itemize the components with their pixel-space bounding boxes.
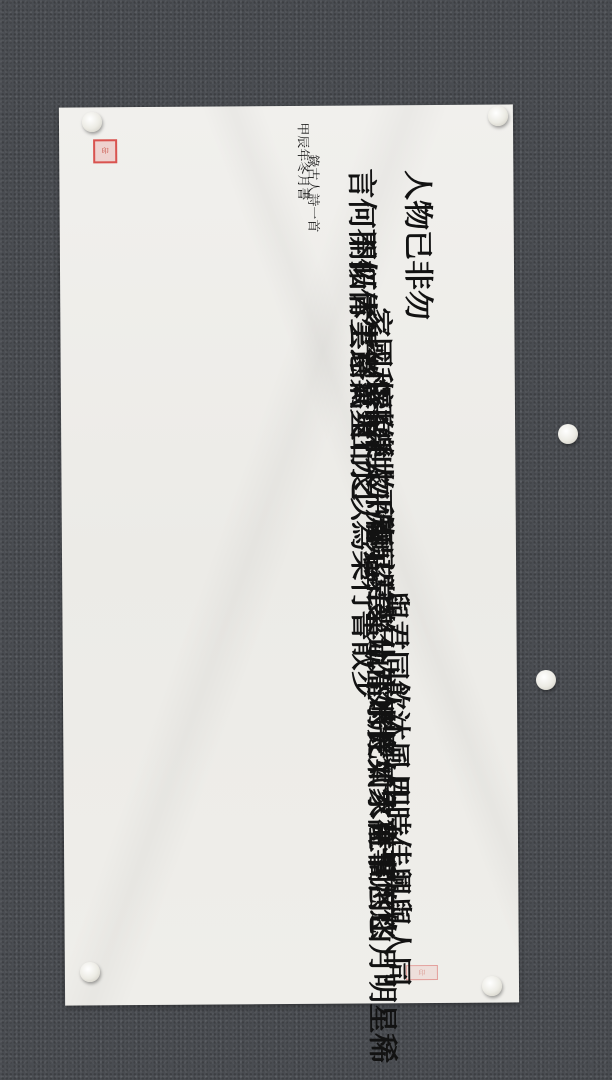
magnet-bottom-right [482,976,502,996]
text-column: 山高水長氣象萬千 [63,734,517,781]
text-column: 人物已非勿 [60,222,514,269]
text-column: 山水以為樂行書散步 [62,542,516,589]
text-column: 懷抱利物所願望長 [61,476,515,523]
magnet-top-left [82,112,102,132]
magnet-carpet-lower [536,670,556,690]
text-column: 與君同飲沐風月 [63,672,517,719]
text-column: 言何不似休生意氣爽 [60,280,514,327]
text-column: 家國和平樂太平春 [61,404,515,451]
text-column: 壯闊河山月明星稀 [65,920,519,967]
magnet-carpet-upper [558,424,578,444]
calligraphy-scroll: 印 印 甲辰年冬月書 錄古人詩一首 人物已非勿 言何不似休生意氣爽 開拓青雲路萬… [59,104,519,1005]
text-column: 知足常樂分外好將 [62,610,516,657]
text-column: 四時佳興與人同 [64,858,518,905]
text-column: 開拓青雲路萬里行之 [61,342,515,389]
magnet-bottom-left [80,962,100,982]
inscription-line: 甲辰年冬月書 [59,150,513,172]
inscription-line: 錄古人詩一首 [59,182,513,204]
text-column: 時光如水往事悠悠 [64,796,518,843]
magnet-top-right [488,106,508,126]
